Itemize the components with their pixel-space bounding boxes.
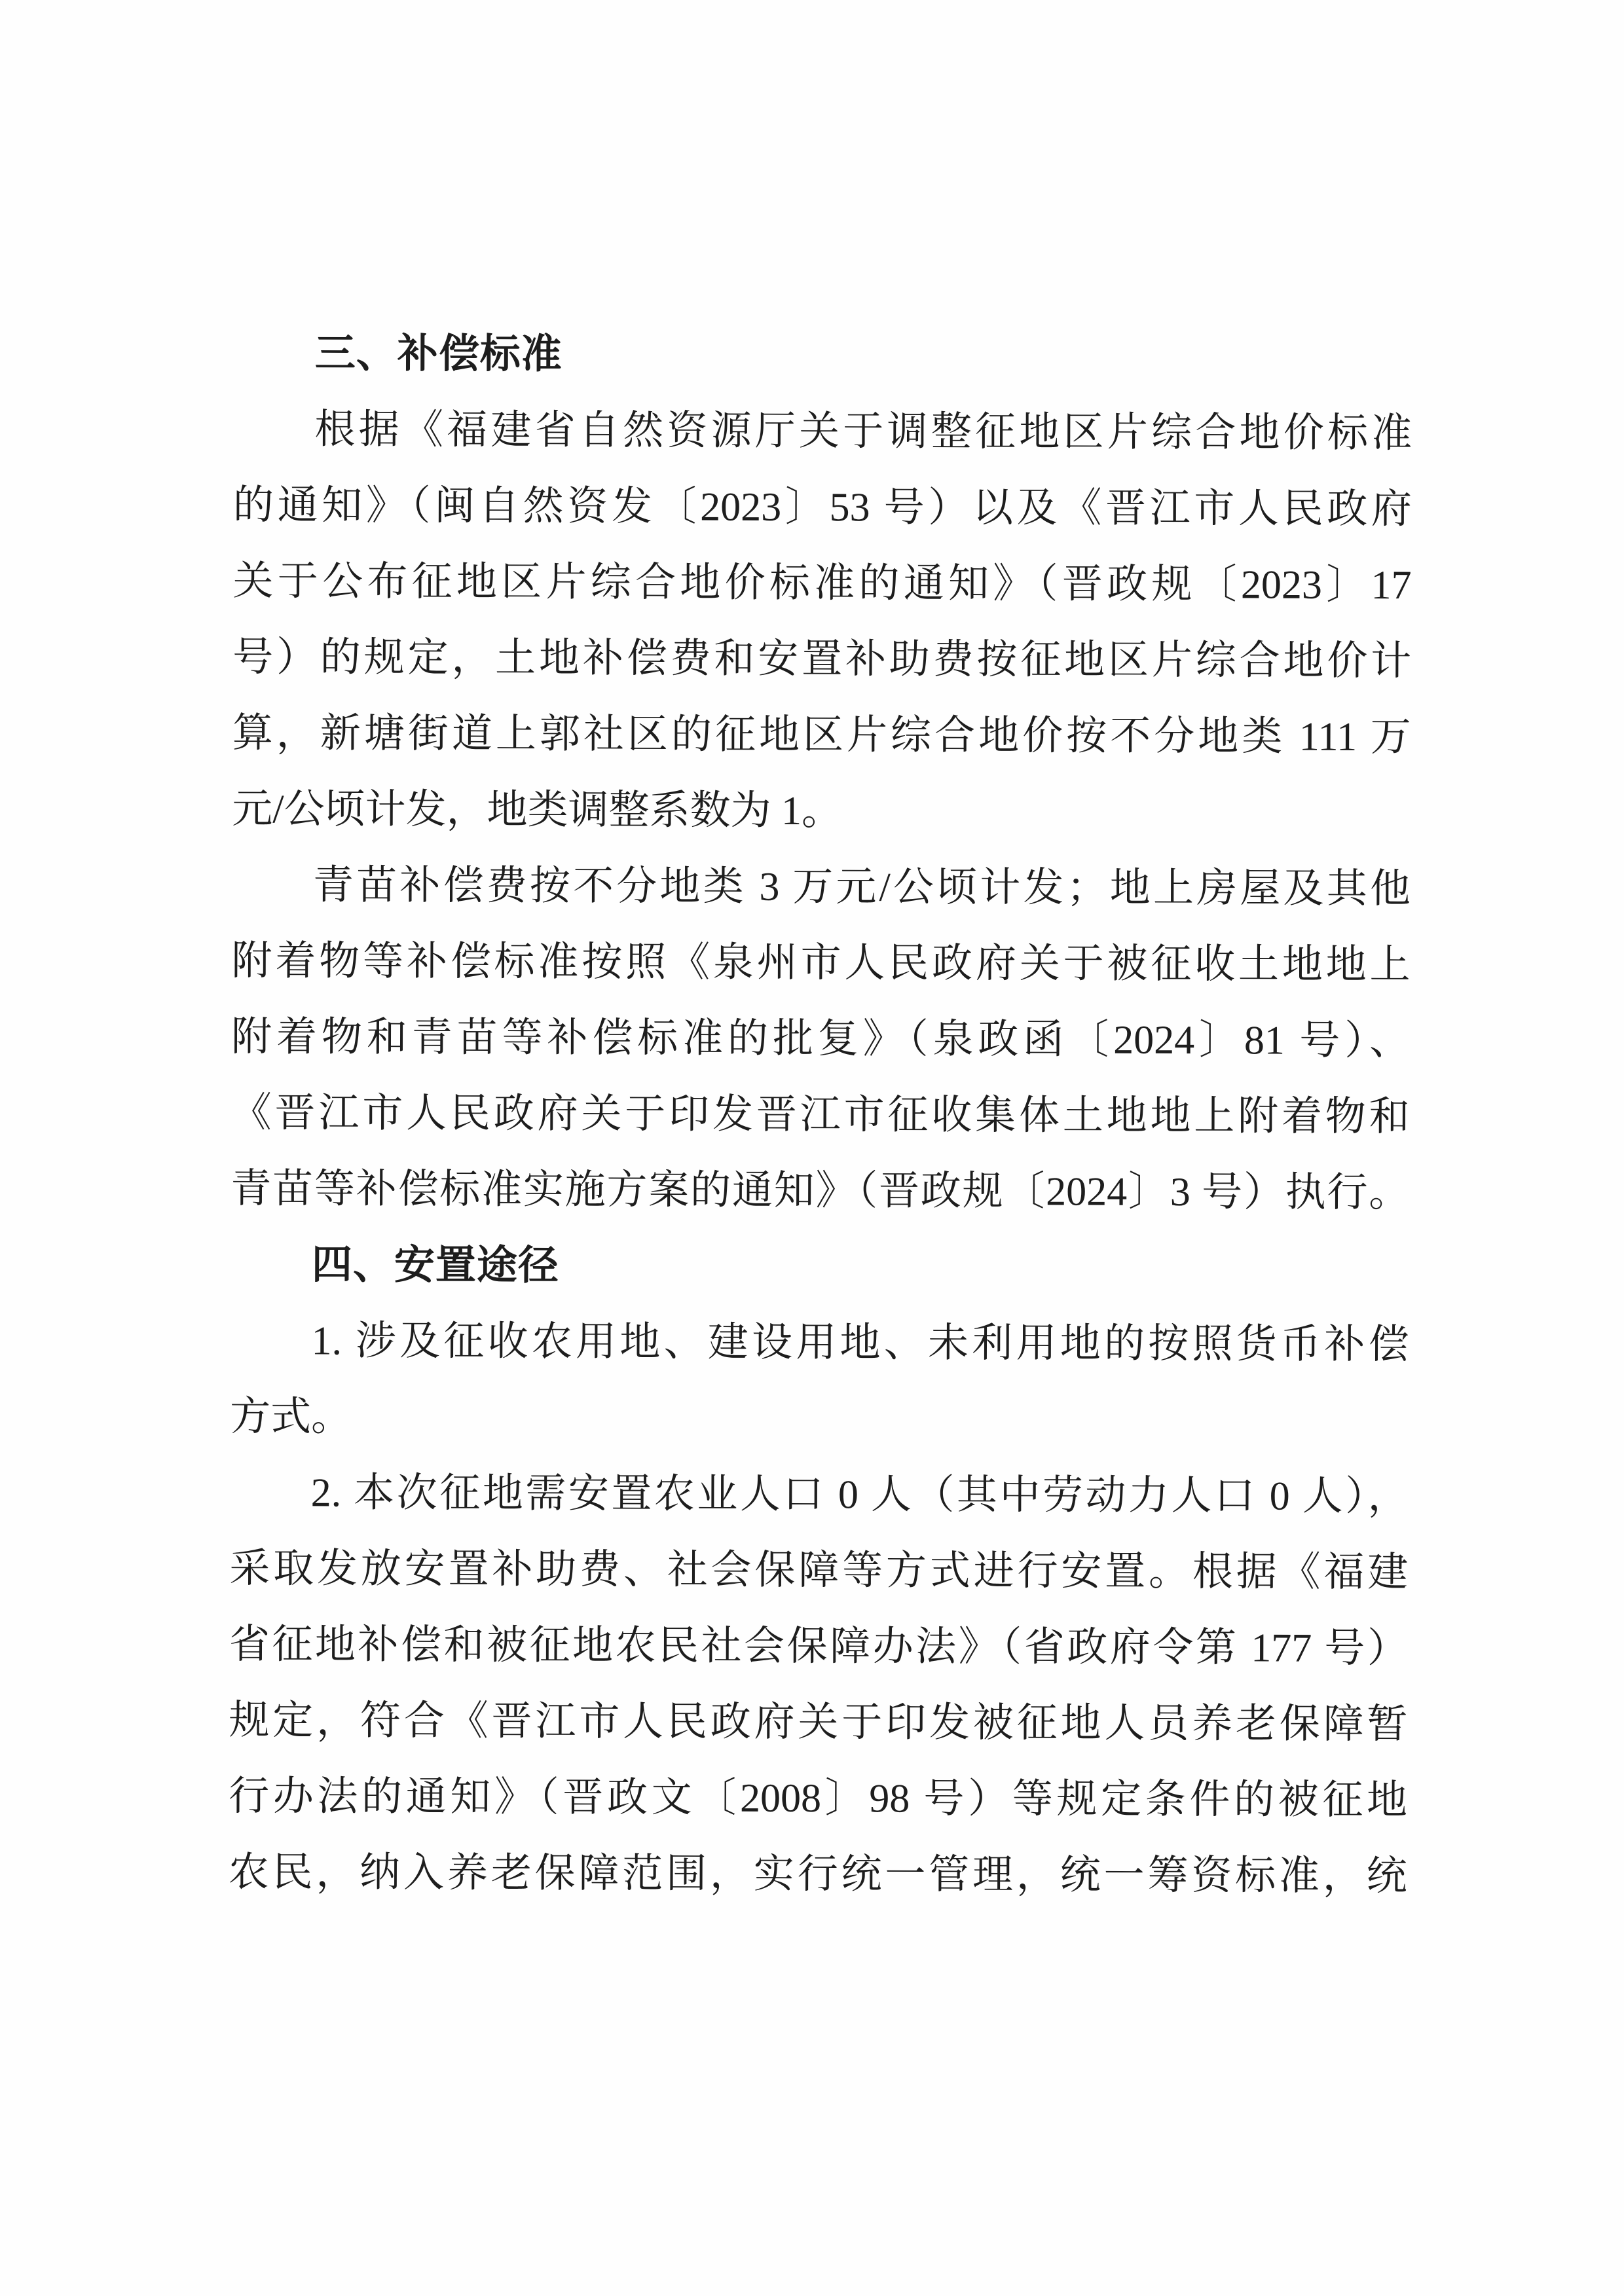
paragraph-item2-line-6: 农民，纳入养老保障范围，实行统一管理，统一筹资标准，统 — [228, 1834, 1407, 1914]
paragraph-item1-line-2: 方式。 — [230, 1379, 1409, 1459]
paragraph-item2-line-3: 省征地补偿和被征地农民社会保障办法》（省政府令第 177 号） — [229, 1607, 1408, 1686]
paragraph-greenseedling-line-1: 青苗补偿费按不分地类 3 万元/公顷计发；地上房屋及其他 — [232, 847, 1411, 927]
paragraph-compensation-line-3: 关于公布征地区片综合地价标准的通知》（晋政规〔2023〕17 — [232, 543, 1411, 623]
paragraph-compensation-line-5: 算，新塘街道上郭社区的征地区片综合地价按不分地类 111 万 — [232, 695, 1411, 775]
paragraph-compensation-line-4: 号）的规定，土地补偿费和安置补助费按征地区片综合地价计 — [232, 619, 1411, 699]
paragraph-greenseedling-line-4: 《晋江市人民政府关于印发晋江市征收集体土地地上附着物和 — [231, 1075, 1410, 1155]
paragraph-compensation-line-2: 的通知》（闽自然资发〔2023〕53 号）以及《晋江市人民政府 — [233, 467, 1412, 547]
paragraph-compensation-line-6: 元/公顷计发，地类调整系数为 1。 — [232, 771, 1411, 851]
paragraph-item2-line-1: 2. 本次征地需安置农业人口 0 人（其中劳动力人口 0 人）， — [230, 1455, 1409, 1535]
paragraph-greenseedling-line-5: 青苗等补偿标准实施方案的通知》（晋政规〔2024〕3 号）执行。 — [231, 1151, 1409, 1231]
paragraph-item2-line-5: 行办法的通知》（晋政文〔2008〕98 号）等规定条件的被征地 — [229, 1758, 1407, 1838]
paragraph-compensation-line-1: 根据《福建省自然资源厅关于调整征地区片综合地价标准 — [233, 392, 1412, 471]
paragraph-greenseedling-line-2: 附着物等补偿标准按照《泉州市人民政府关于被征收土地地上 — [231, 923, 1410, 1003]
paragraph-greenseedling-line-3: 附着物和青苗等补偿标准的批复》（泉政函〔2024〕81 号）、 — [231, 999, 1410, 1079]
paragraph-item2-line-4: 规定，符合《晋江市人民政府关于印发被征地人员养老保障暂 — [229, 1683, 1407, 1762]
document-page: 三、补偿标准 根据《福建省自然资源厅关于调整征地区片综合地价标准 的通知》（闽自… — [0, 0, 1624, 2296]
paragraph-item1-line-1: 1. 涉及征收农用地、建设用地、未利用地的按照货币补偿 — [230, 1303, 1409, 1383]
paragraph-item2-line-2: 采取发放安置补助费、社会保障等方式进行安置。根据《福建 — [229, 1531, 1408, 1611]
section-heading-compensation: 三、补偿标准 — [234, 316, 1412, 395]
section-heading-resettlement: 四、安置途径 — [231, 1227, 1409, 1307]
document-body: 三、补偿标准 根据《福建省自然资源厅关于调整征地区片综合地价标准 的通知》（闽自… — [228, 316, 1412, 1914]
